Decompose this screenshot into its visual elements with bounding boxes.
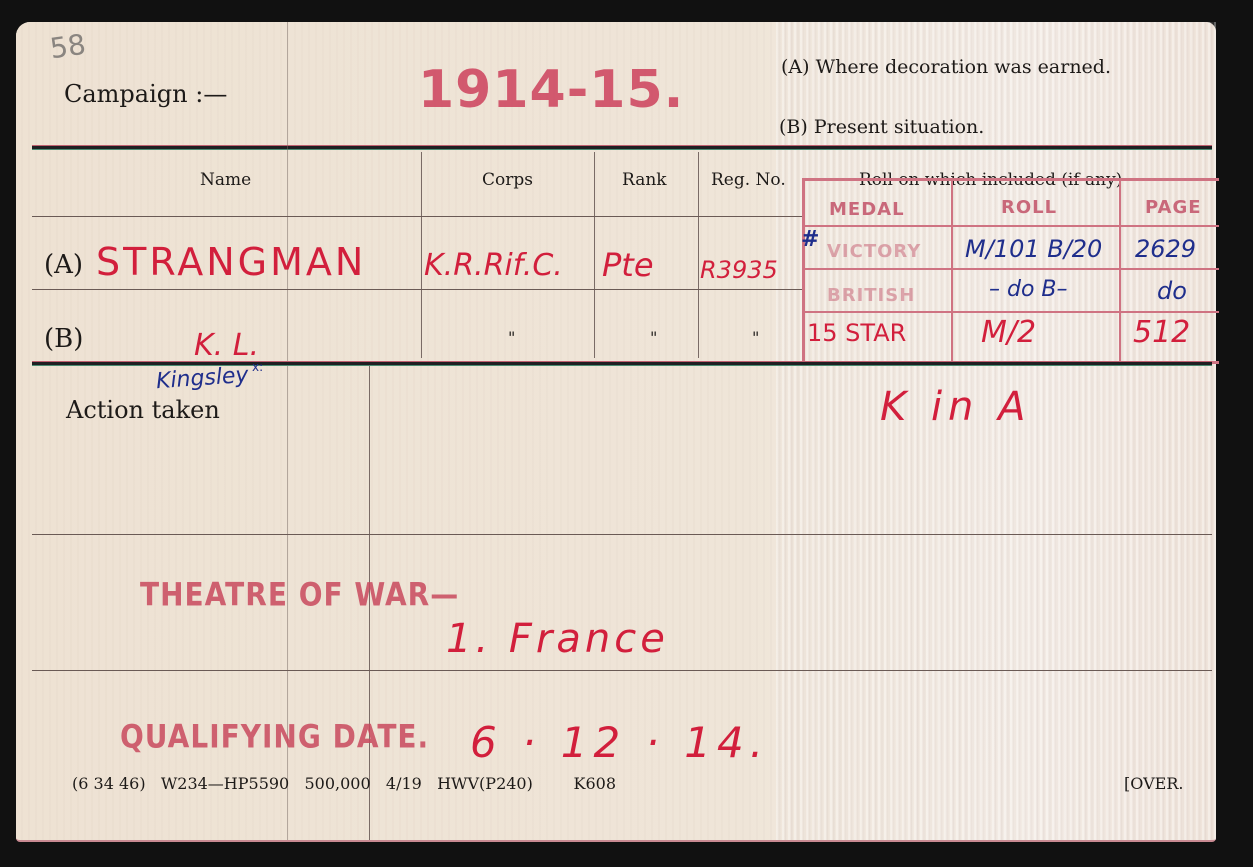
forename-mark: x: <box>252 360 263 374</box>
row-b-corps-ditto: " <box>508 328 515 347</box>
scan-strip <box>776 22 1216 840</box>
row-b-reg-ditto: " <box>752 328 759 347</box>
row-a-name: STRANGMAN <box>96 240 366 284</box>
forename-annotation: Kingsley <box>155 363 249 394</box>
column-divider <box>594 152 595 358</box>
roll-stamp: MEDAL ROLL PAGE # VICTORY M/101 B/20 262… <box>802 178 1219 364</box>
row-rule <box>32 216 802 217</box>
col-rank: Rank <box>622 170 667 190</box>
section-rule <box>32 534 1212 535</box>
theatre-value: 1. France <box>446 616 669 662</box>
pencil-number: 58 <box>48 28 88 66</box>
note-a: (A) Where decoration was earned. <box>781 56 1111 78</box>
section-rule <box>32 670 1212 671</box>
action-label: Action taken <box>66 396 220 424</box>
over-note: [OVER. <box>1124 774 1183 793</box>
qualifying-stamp: QUALIFYING DATE. <box>120 718 429 756</box>
roll-header-roll: ROLL <box>1001 197 1057 218</box>
row-rule <box>32 289 802 290</box>
col-corps: Corps <box>482 170 533 190</box>
roll-rule <box>805 225 1219 227</box>
column-divider <box>698 152 699 358</box>
row-b-initials: K. L. <box>194 328 259 363</box>
roll-header-page: PAGE <box>1145 197 1202 218</box>
row-a-rank: Pte <box>602 246 654 284</box>
roll-divider <box>1119 181 1121 361</box>
roll-rule <box>805 268 1219 270</box>
row-a-corps: K.R.Rif.C. <box>424 248 563 283</box>
col-reg-no: Reg. No. <box>711 170 786 190</box>
column-divider <box>421 152 422 358</box>
row-a-label: (A) <box>44 250 83 280</box>
qualifying-value: 6 · 12 · 14. <box>470 718 769 767</box>
campaign-label: Campaign :— <box>64 80 227 108</box>
roll-medal-victory: VICTORY <box>827 241 921 262</box>
roll-star-page: 512 <box>1133 315 1190 350</box>
roll-header-medal: MEDAL <box>829 199 905 220</box>
header-rule <box>32 146 1212 149</box>
row-a-reg-no: R3935 <box>700 256 778 284</box>
roll-divider <box>951 181 953 361</box>
roll-british-roll: – do B– <box>989 277 1068 302</box>
action-value: K in A <box>880 384 1032 430</box>
roll-marker: # <box>801 227 819 252</box>
roll-rule <box>805 311 1219 313</box>
print-code: (6 34 46) W234—HP5590 500,000 4/19 HWV(P… <box>72 774 616 793</box>
row-b-label: (B) <box>44 324 83 354</box>
roll-star-roll: M/2 <box>981 315 1036 350</box>
row-b-rank-ditto: " <box>650 328 657 347</box>
roll-medal-british: BRITISH <box>827 285 915 306</box>
note-b: (B) Present situation. <box>779 116 984 138</box>
col-name: Name <box>200 170 251 190</box>
campaign-stamp: 1914-15. <box>418 60 684 120</box>
theatre-stamp: THEATRE OF WAR— <box>140 576 459 614</box>
roll-victory-roll: M/101 B/20 <box>965 235 1102 263</box>
roll-british-page: do <box>1157 277 1187 305</box>
medal-index-card: 58 Campaign :— 1914-15. (A) Where decora… <box>16 22 1216 842</box>
roll-victory-page: 2629 <box>1135 235 1196 263</box>
roll-medal-star: 15 STAR <box>807 319 906 347</box>
